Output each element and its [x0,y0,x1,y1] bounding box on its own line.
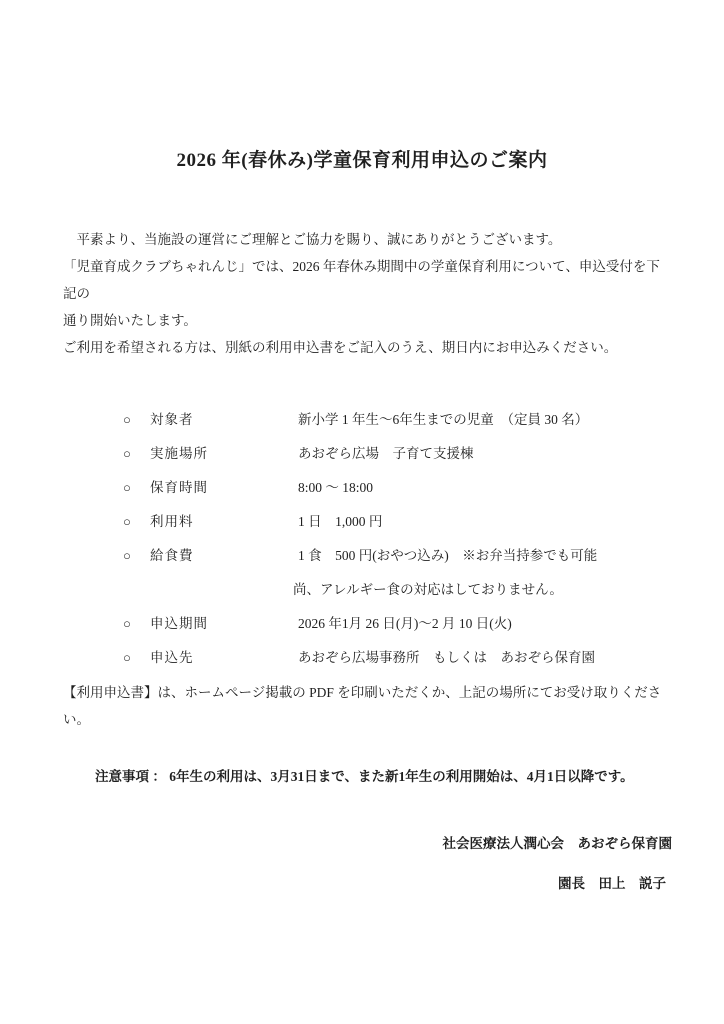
circle-bullet-icon: ○ [123,641,150,675]
intro-paragraph: 平素より、当施設の運営にご理解とご協力を賜り、誠にありがとうございます。 「児童… [0,226,724,361]
detail-label: 対象者 [150,403,298,437]
detail-value: 8:00 ～ 18:00 [298,471,373,505]
signature-block: 社会医療法人潤心会 あおぞら保育園 園長 田上 説子 [0,833,724,895]
detail-value: あおぞら広場 子育て支援棟 [298,437,474,471]
detail-label: 給食費 [150,539,298,573]
detail-row-application-period: ○ 申込期間 2026 年1月 26 日(月)～2 月 10 日(火) [123,607,724,641]
detail-row-meal-fee: ○ 給食費 1 食 500 円(おやつ込み) ※お弁当持参でも可能 [123,539,724,573]
circle-bullet-icon: ○ [123,607,150,641]
intro-line: 通り開始いたします。 [63,307,666,334]
detail-value: 1 食 500 円(おやつ込み) ※お弁当持参でも可能 [298,539,597,573]
signature-director: 園長 田上 説子 [0,873,672,895]
circle-bullet-icon: ○ [123,403,150,437]
detail-row-application-place: ○ 申込先 あおぞら広場事務所 もしくは あおぞら保育園 [123,641,724,675]
detail-row-target-children: ○ 対象者 新小学 1 年生～6年生までの児童 （定員 30 名） [123,403,724,437]
document-page: 2026 年(春休み)学童保育利用申込のご案内 平素より、当施設の運営にご理解と… [0,0,724,1024]
intro-line: 平素より、当施設の運営にご理解とご協力を賜り、誠にありがとうございます。 [63,226,666,253]
detail-list: ○ 対象者 新小学 1 年生～6年生までの児童 （定員 30 名） ○ 実施場所… [0,403,724,675]
detail-value: 1 日 1,000 円 [298,505,382,539]
caution-note: 注意事項 ： 6年生の利用は、3月31日まで、また新1年生の利用開始は、4月1日… [0,767,724,787]
detail-row-care-hours: ○ 保育時間 8:00 ～ 18:00 [123,471,724,505]
detail-row-location: ○ 実施場所 あおぞら広場 子育て支援棟 [123,437,724,471]
detail-label: 利用料 [150,505,298,539]
meal-allergy-note: 尚、アレルギー食の対応はしておりません。 [123,573,724,607]
circle-bullet-icon: ○ [123,437,150,471]
page-title: 2026 年(春休み)学童保育利用申込のご案内 [0,146,724,176]
circle-bullet-icon: ○ [123,539,150,573]
detail-value: 2026 年1月 26 日(月)～2 月 10 日(火) [298,607,512,641]
circle-bullet-icon: ○ [123,471,150,505]
intro-line: ご利用を希望される方は、別紙の利用申込書をご記入のうえ、期日内にお申込みください… [63,334,666,361]
detail-value: 新小学 1 年生～6年生までの児童 （定員 30 名） [298,403,588,437]
application-form-note: 【利用申込書】は、ホームページ掲載の PDF を印刷いただくか、上記の場所にてお… [0,679,724,733]
detail-label: 保育時間 [150,471,298,505]
detail-row-usage-fee: ○ 利用料 1 日 1,000 円 [123,505,724,539]
detail-value: あおぞら広場事務所 もしくは あおぞら保育園 [298,641,595,675]
circle-bullet-icon: ○ [123,505,150,539]
detail-label: 実施場所 [150,437,298,471]
detail-label: 申込先 [150,641,298,675]
detail-label: 申込期間 [150,607,298,641]
signature-organization: 社会医療法人潤心会 あおぞら保育園 [0,833,672,855]
intro-line: 「児童育成クラブちゃれんじ」では、2026 年春休み期間中の学童保育利用について… [63,253,666,307]
